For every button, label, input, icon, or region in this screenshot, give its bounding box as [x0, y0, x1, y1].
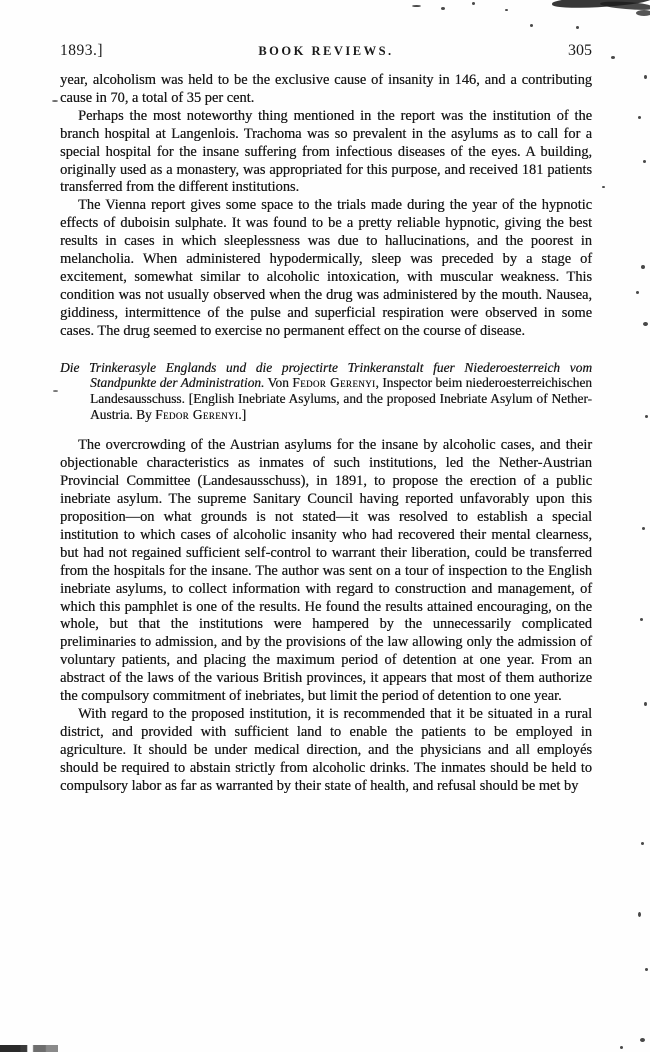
- scan-speck: [643, 160, 646, 163]
- scan-speck: [645, 968, 648, 971]
- scan-speck: [441, 7, 445, 10]
- scan-speck: [576, 26, 579, 29]
- page-body: year, alcoholism was held to be the excl…: [60, 72, 592, 796]
- scan-speck: [643, 322, 648, 326]
- paragraph: Perhaps the most noteworthy thing mentio…: [60, 108, 592, 198]
- scan-speck: [644, 702, 647, 706]
- scan-speck: [530, 24, 533, 27]
- scan-smudge: [636, 10, 650, 16]
- book-page: 1893.] BOOK REVIEWS. 305 year, alcoholis…: [0, 0, 650, 1052]
- scan-bar: [0, 1045, 58, 1052]
- scan-speck: [472, 2, 475, 5]
- citation-segment-smallcaps: Fedor Gerenyi: [155, 407, 238, 422]
- page-header: 1893.] BOOK REVIEWS. 305: [60, 42, 592, 60]
- header-page-number: 305: [568, 42, 592, 60]
- citation-segment-roman: Von: [264, 375, 292, 390]
- scan-speck: [620, 1046, 623, 1049]
- citation-segment-smallcaps: Fedor Gerenyi: [292, 375, 375, 390]
- scan-smudge: [600, 0, 650, 11]
- scan-speck: [640, 618, 643, 621]
- scan-speck: [641, 842, 644, 845]
- scan-speck: [642, 527, 645, 530]
- scan-speck: [644, 75, 647, 79]
- scan-speck: [602, 186, 605, 188]
- scan-speck: [636, 291, 639, 294]
- scan-speck: [638, 912, 641, 917]
- scan-speck: [611, 56, 615, 59]
- paragraph: With regard to the proposed institution,…: [60, 706, 592, 796]
- paragraph: year, alcoholism was held to be the excl…: [60, 72, 592, 108]
- scan-speck: [638, 116, 641, 119]
- scan-speck: [52, 100, 58, 102]
- scan-speck: [53, 390, 58, 392]
- paragraph: The overcrowding of the Austrian asylums…: [60, 437, 592, 706]
- citation-heading: Die Trinkerasyle Englands und die projec…: [60, 360, 592, 423]
- scan-speck: [505, 9, 508, 11]
- header-running-title: BOOK REVIEWS.: [258, 44, 393, 59]
- paragraph: The Vienna report gives some space to th…: [60, 197, 592, 340]
- scan-speck: [412, 5, 421, 7]
- scan-speck: [645, 415, 648, 418]
- citation-segment-roman: .]: [238, 407, 246, 422]
- scan-speck: [640, 1038, 645, 1042]
- header-year: 1893.]: [60, 42, 103, 60]
- scan-smudge: [552, 0, 650, 10]
- scan-speck: [641, 265, 645, 269]
